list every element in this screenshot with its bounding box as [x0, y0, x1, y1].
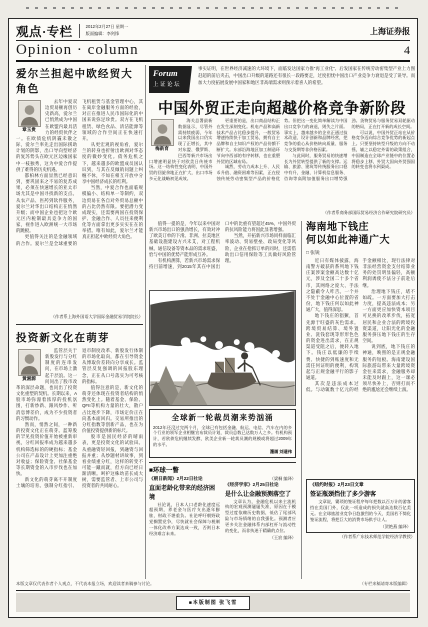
column-rule-right — [301, 221, 302, 579]
main-article-paragraphs: 海关总署最新数据显示，尽管外需持续疲弱，今年以来我国出口仍实现了正增长，其中对东… — [149, 118, 415, 182]
article-divider — [16, 324, 143, 325]
boxed-article-credit: （贺艳燕 编译） — [310, 524, 411, 530]
global-glance-items: 《朝日新闻》2月22日社论 直面老龄化带来的经济困境 社论说，日本人口老龄化速度… — [149, 476, 296, 580]
right-article-title-line1: 海南地下钱庄 — [306, 222, 369, 233]
main-article-headline: 中国外贸正走向超越价格竞争新阶段 — [149, 97, 415, 118]
header-rule-bottom — [16, 60, 410, 62]
glance-item-body: 文章认为，金融危机以来主流机构的宏观预测屡屡失准，原因在于模型过度依赖历史数据，… — [225, 499, 296, 534]
main-article-body: 梅新育 海关总署最新数据显示，尽管外需持续疲弱，今年以来我国出口仍实现了正增长，… — [149, 118, 415, 212]
left-column: 爱尔兰担起中欧经贸大角色 章玉贵 去年中爱双边贸易额再创历史新高，爱尔兰已悄然成… — [16, 65, 143, 579]
glance-item-title: 直面老龄化带来的经济困境 — [149, 483, 220, 501]
editor-line: 版面编辑：李剑锋 — [86, 31, 120, 36]
author-photo — [151, 119, 174, 146]
main-author-name: 梅新育 — [155, 146, 169, 151]
footer-rule — [16, 590, 410, 591]
boxed-article-source: 《纽约时报》2月23日文章 — [310, 482, 411, 488]
right-article-credit: （作者系广东技术师范学院经济学教授） — [306, 534, 415, 540]
author-photo — [18, 349, 41, 376]
glance-item: 《经济学家》2月25日社论 是什么让金融预测落空了 文章认为，金融危机以来主流机… — [225, 482, 296, 541]
section-row: Opinion · column 4 — [16, 42, 410, 59]
main-author-figure: 梅新育 — [149, 119, 175, 152]
section-title-cn: 观点·专栏 — [16, 22, 73, 40]
footer-bar: ■本版制图 张飞雪 — [16, 593, 410, 612]
main-article-lede: 事实证明，在世界经济减速的大环境下，面临发达国家力推“再工业化”、后发国家在传统… — [198, 66, 415, 95]
article-a-author-name: 章玉贵 — [22, 127, 36, 132]
global-glance-section: ■环球一瞥 《朝日新闻》2月22日社论 直面老龄化带来的经济困境 社论说，日本人… — [149, 462, 296, 580]
newspaper-page: 观点·专栏 2012年2月27日 星期一 版面编辑：李剑锋 上海证券报 Opin… — [0, 0, 428, 627]
column-rule-left — [145, 65, 146, 579]
header-rule-top — [16, 40, 410, 41]
right-article-author: □ 张锐 — [306, 249, 415, 256]
glance-item-source: 《朝日新闻》2月22日社论 — [149, 476, 220, 482]
glance-item-body: 社论说，日本人口老龄化速度远超预期，养老金与医疗支出逐年膨胀，财政不堪重负。社论… — [149, 502, 220, 537]
cartoon-caption-title: 全球新一轮裁员潮来势汹涌 — [153, 412, 292, 423]
paper-sheet: 观点·专栏 2012年2月27日 星期一 版面编辑：李剑锋 上海证券报 Opin… — [8, 18, 418, 618]
cartoon-caption-box: 全球新一轮裁员潮来势汹涌 2012年还没过完两个月，全球已有包括金融、航运、电信… — [149, 409, 296, 458]
masthead-row: 观点·专栏 2012年2月27日 星期一 版面编辑：李剑锋 上海证券报 — [16, 23, 410, 39]
footer-note-left: 本版文章仅代表作者个人观点，不代表本报立场，欢迎读者来稿参与讨论。 — [16, 581, 154, 587]
boxed-article-body: 文章说，繁琐的签证程序每年把数以百万计的游客挡在美国门外，仅此一项造成的损失就高… — [310, 499, 411, 523]
article-b-body: 黄湘源 监管层关于新股发行与分红制度的连串发问，在市场上激起千层浪。这一问问出了… — [16, 348, 143, 579]
main-article-credit: （作者系商务部国际贸易经济合作研究院研究员） — [319, 210, 415, 216]
date-line: 2012年2月27日 星期一 — [86, 24, 129, 29]
boxed-article-title: 签证瓶颈挡住了多少游客 — [310, 489, 411, 498]
article-a-body: 章玉贵 去年中爱双边贸易额再创历史新高，爱尔兰已悄然成为中国在欧盟内最具活力的经… — [16, 99, 143, 313]
cartoon-caption-text: 2012年还没过完两个月，全球已有包括金融、航运、电信、汽车在内的多个行业的领军… — [153, 425, 292, 449]
article-b-author-name: 黄湘源 — [22, 376, 36, 381]
article-a-credit: （作者系上海外国语大学国际金融贸易学院院长） — [16, 314, 143, 320]
footer-stamp: ■本版制图 张飞雪 — [176, 596, 250, 610]
page-number: 4 — [404, 43, 410, 58]
glance-item-title: 是什么让金融预测落空了 — [225, 489, 296, 498]
print-registration-marks — [26, 7, 402, 9]
article-b-title: 投资新文化在萌芽 — [16, 330, 143, 345]
date-editor-block: 2012年2月27日 星期一 版面编辑：李剑锋 — [79, 24, 129, 37]
glance-item-source: 《经济学家》2月25日社论 — [225, 482, 296, 488]
author-photo — [18, 100, 41, 127]
glance-item-credit: （王宸 编译） — [225, 535, 296, 541]
main-article-continuation: 值得一提的是，今年以来中国对新兴市场出口的强劲增长，有效对冲了欧美订单的下滑。非… — [149, 221, 296, 287]
forum-label: Forum 上证论坛 — [149, 66, 192, 93]
global-glance-title: ■环球一瞥 — [149, 465, 296, 474]
main-article: Forum 上证论坛 事实证明，在世界经济减速的大环境下，面临发达国家力推“再工… — [149, 65, 415, 219]
paper-name: 上海证券报 — [370, 26, 410, 37]
article-a-title: 爱尔兰担起中欧经贸大角色 — [16, 66, 143, 96]
cartoon-illustration — [150, 291, 295, 405]
cartoon-credit: 漫画 刘道伟 — [153, 449, 292, 455]
center-column: 值得一提的是，今年以来中国对新兴市场出口的强劲增长，有效对冲了欧美订单的下滑。非… — [149, 221, 296, 579]
right-column: 海南地下钱庄 何以如此神通广大 □ 张锐 近日有媒体披露，海南警方破获的系列地下… — [306, 221, 415, 579]
section-title-en: Opinion · column — [16, 42, 139, 59]
article-a-author-figure: 章玉贵 — [16, 100, 42, 133]
right-article-body: 近日有媒体披露，海南警方破获的系列地下钱庄案涉案金额高达数十亿元，涉及全国二十多… — [306, 258, 415, 476]
right-article-title: 海南地下钱庄 何以如此神通广大 — [306, 221, 415, 247]
editorial-cartoon — [149, 290, 296, 406]
article-b-author-figure: 黄湘源 — [16, 349, 42, 382]
footer-note: 本版文章仅代表作者个人观点，不代表本报立场，欢迎读者来稿参与讨论。 （专栏来稿请… — [16, 581, 410, 587]
right-boxed-article: 《纽约时报》2月23日文章 签证瓶颈挡住了多少游客 文章说，繁琐的签证程序每年把… — [306, 479, 415, 533]
forum-label-cn: 上证论坛 — [153, 80, 188, 88]
right-article-title-line2: 何以如此神通广大 — [306, 235, 390, 246]
footer-note-right: （专栏来稿请寄本版编辑） — [360, 581, 410, 587]
forum-label-en: Forum — [153, 68, 188, 78]
